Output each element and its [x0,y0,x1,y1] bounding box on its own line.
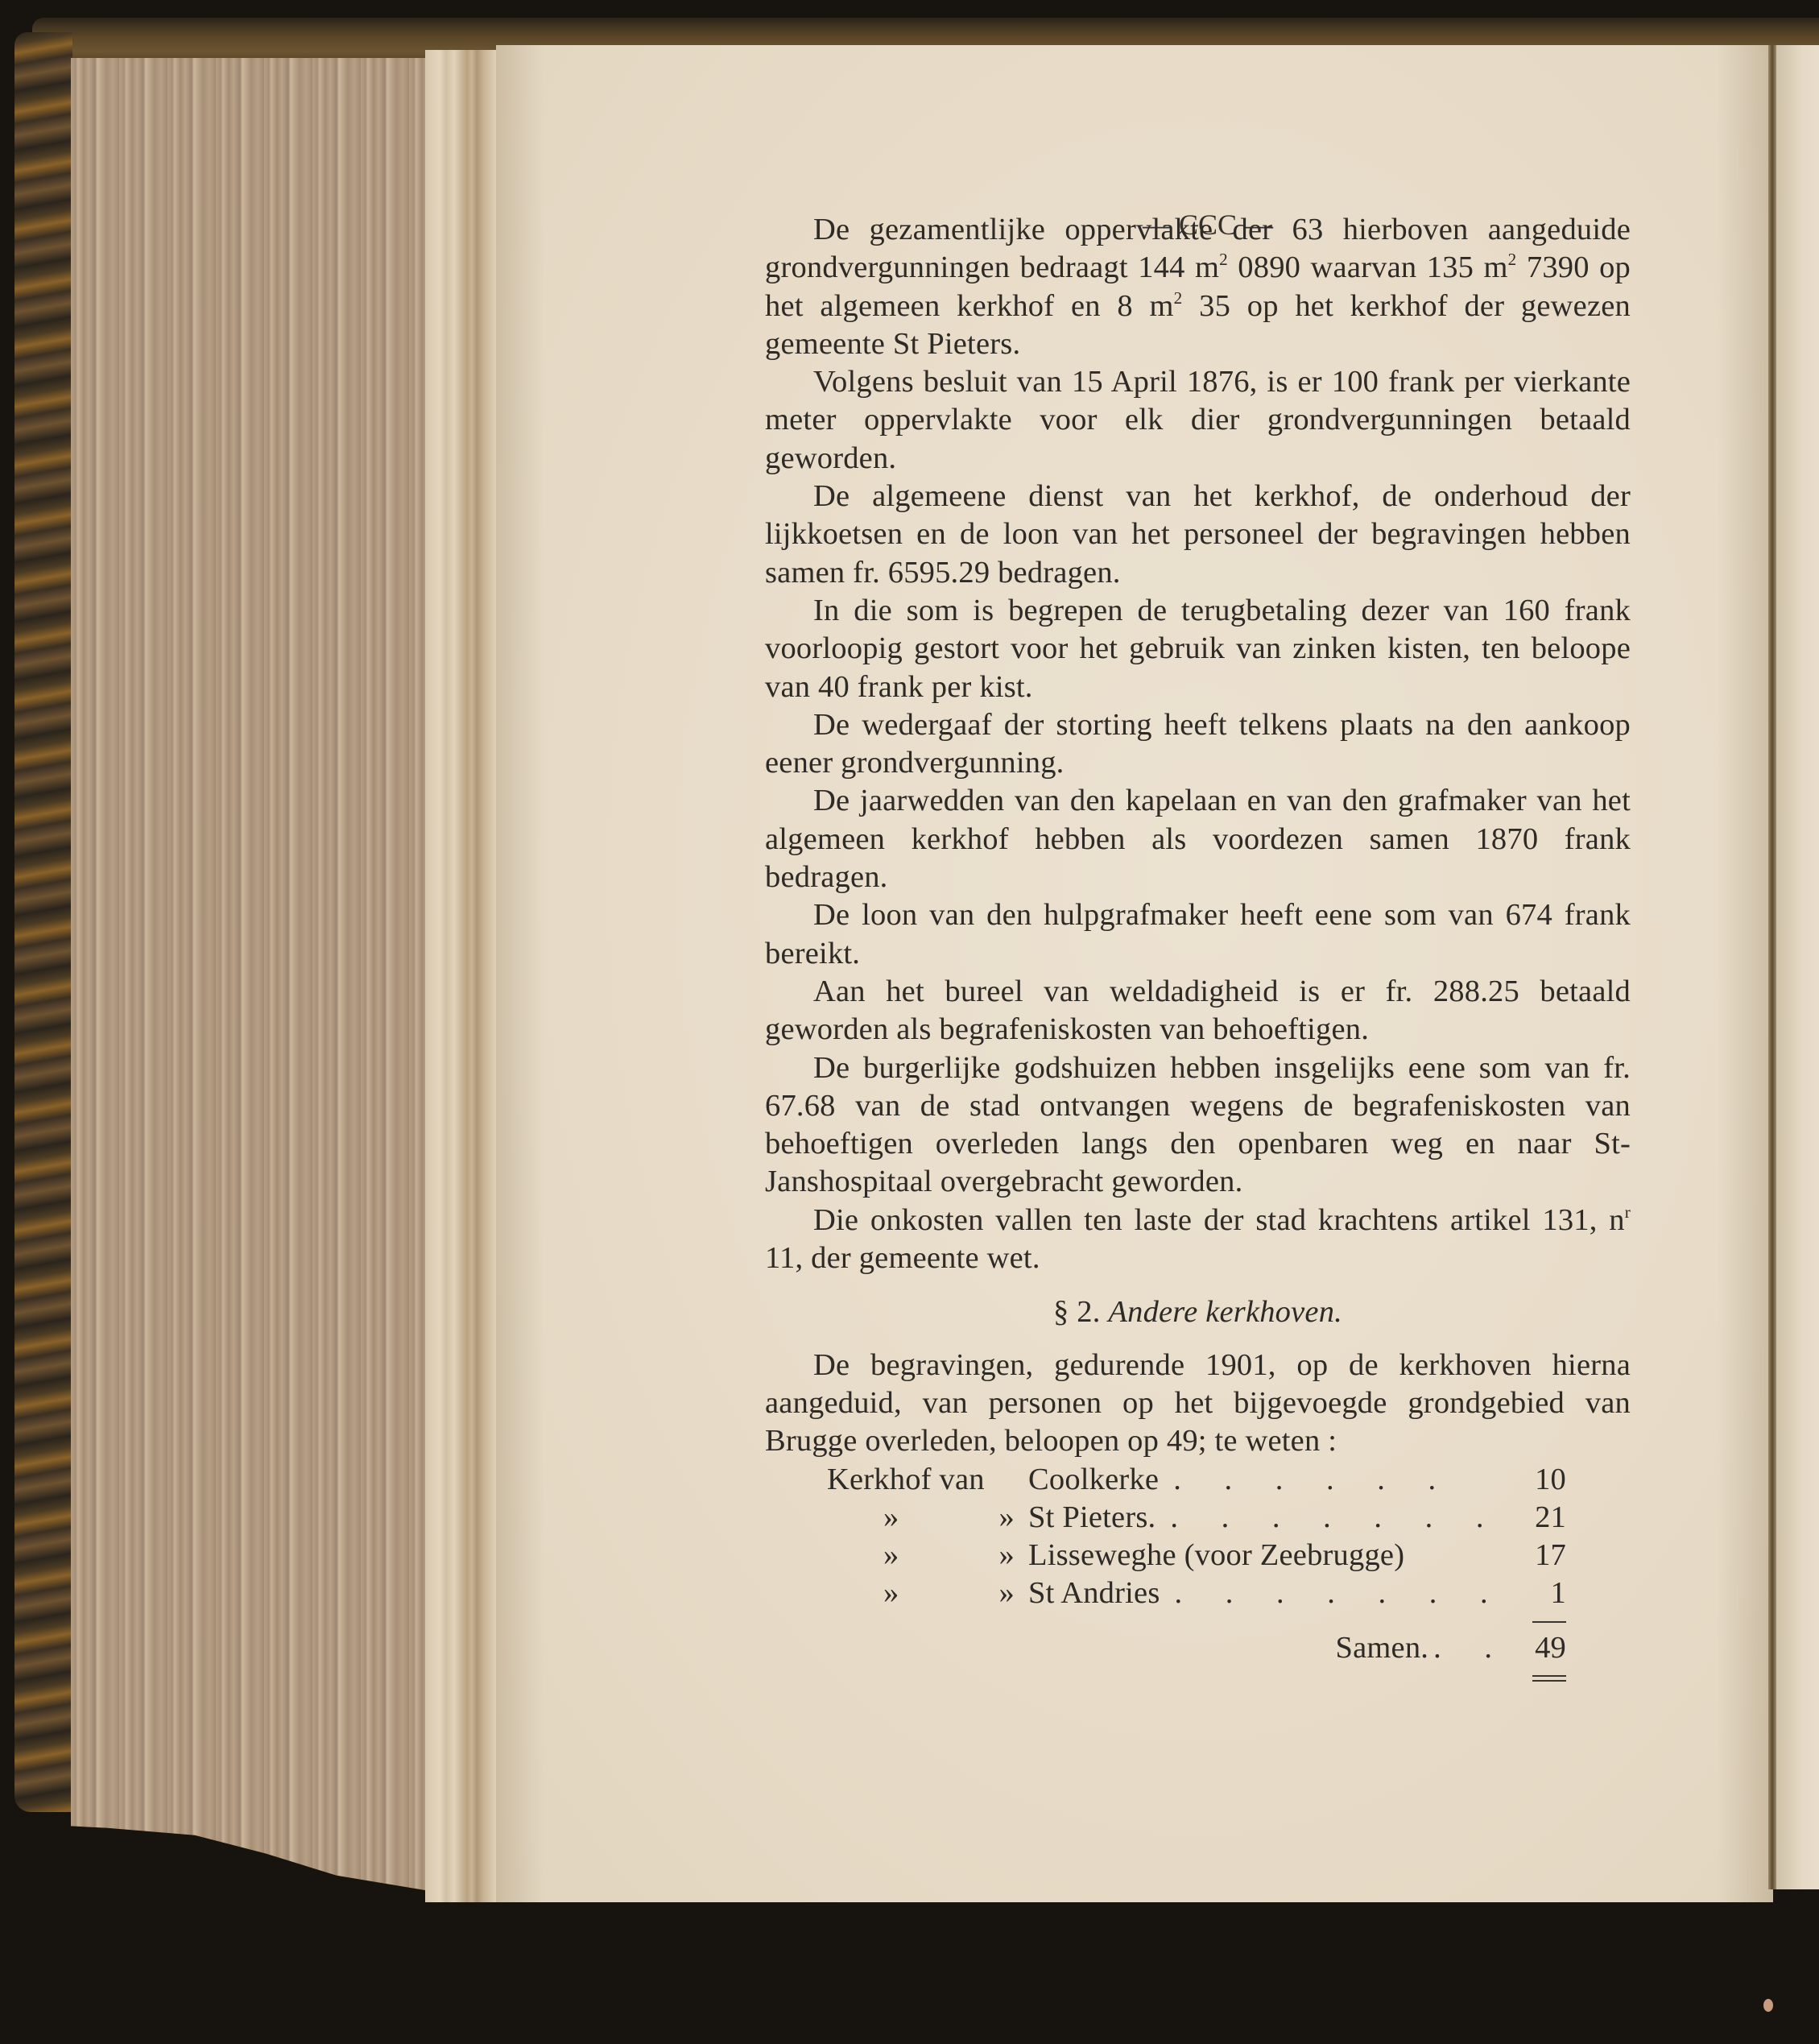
total-count: 49 [1510,1629,1566,1667]
superscript: r [1625,1202,1631,1222]
ditto-mark: » [883,1499,899,1537]
row-place: Coolkerke. . . . . . [1028,1461,1510,1499]
book-gutter [1768,45,1776,1889]
dot-leader: . . . . . . [1159,1463,1453,1496]
paragraph-1: De gezamentlijke oppervlakte der 63 hier… [765,211,1631,363]
paragraph-9: De burgerlijke godshuizen hebben insgeli… [765,1049,1631,1202]
facing-page-sliver [1776,45,1819,1889]
paragraph-4: In die som is begrepen de terugbetaling … [765,592,1631,706]
ditto-mark: » [883,1537,899,1574]
superscript: 2 [1219,250,1228,269]
tally-row: »» St Andries. . . . . . . 1 [827,1574,1566,1612]
paragraph-2: Volgens besluit van 15 April 1876, is er… [765,363,1631,478]
ditto-mark: » [999,1574,1015,1612]
page-block-fore-edge [71,58,425,1890]
page-block-inner-edge [425,50,499,1902]
section-intro: De begravingen, gedurende 1901, op de ke… [765,1347,1631,1461]
text-run: 0890 waarvan 135 m [1228,250,1508,284]
tally-total-row: Samen. . . 49 [827,1629,1566,1667]
dot-leader: . . . . . . . [1160,1576,1506,1610]
place-name: St Pieters. [1028,1500,1155,1534]
text-run: 11, der gemeente wet. [765,1241,1040,1275]
paragraph-6: De jaarwedden van den kapelaan en van de… [765,782,1631,896]
paragraph-5: De wedergaaf der storting heeft telkens … [765,706,1631,783]
ditto-marks: »» [827,1574,1028,1612]
sum-rule [1532,1621,1566,1623]
ditto-mark: » [999,1537,1015,1574]
page-body: De gezamentlijke oppervlakte der 63 hier… [765,211,1631,1682]
ditto-marks: »» [827,1537,1028,1574]
dot-leader: . . . . . . . [1155,1500,1501,1534]
place-name: St Andries [1028,1576,1160,1610]
ditto-marks: »» [827,1499,1028,1537]
tally-row: Kerkhof van Coolkerke. . . . . . 10 [827,1461,1566,1499]
double-rule [1532,1675,1566,1682]
row-count: 10 [1510,1461,1566,1499]
burial-tally: Kerkhof van Coolkerke. . . . . . 10 »» S… [827,1461,1566,1682]
paragraph-10: Die onkosten vallen ten laste der stad k… [765,1202,1631,1278]
section-title: Andere kerkhoven. [1108,1295,1342,1329]
row-count: 1 [1510,1574,1566,1612]
row-place: Lisseweghe (voor Zeebrugge) [1028,1537,1510,1574]
text-run: Die onkosten vallen ten laste der stad k… [813,1203,1625,1237]
paragraph-8: Aan het bureel van weldadigheid is er fr… [765,973,1631,1049]
superscript: 2 [1508,250,1517,269]
tally-row: »» St Pieters.. . . . . . . 21 [827,1499,1566,1537]
total-label: Samen. [1336,1629,1429,1667]
dot-leader: . . [1433,1629,1510,1667]
place-name: Coolkerke [1028,1463,1159,1496]
book-cover-spine-marbled [14,32,72,1812]
paragraph-3: De algemeene dienst van het kerkhof, de … [765,478,1631,592]
ditto-mark: » [883,1574,899,1612]
superscript: 2 [1174,288,1183,308]
row-count: 21 [1510,1499,1566,1537]
section-number: § 2. [1053,1295,1101,1329]
dot-leader [1404,1538,1419,1572]
row-count: 17 [1510,1537,1566,1574]
row-place: St Andries. . . . . . . [1028,1574,1510,1612]
row-prefix: Kerkhof van [827,1461,1028,1499]
section-heading: § 2. Andere kerkhoven. [765,1293,1631,1331]
row-place: St Pieters.. . . . . . . [1028,1499,1510,1537]
tally-row: »» Lisseweghe (voor Zeebrugge) 17 [827,1537,1566,1574]
ditto-mark: » [999,1499,1015,1537]
place-name: Lisseweghe (voor Zeebrugge) [1028,1538,1404,1572]
paragraph-7: De loon van den hulpgrafmaker heeft eene… [765,896,1631,973]
page-mark [1763,1999,1773,2012]
